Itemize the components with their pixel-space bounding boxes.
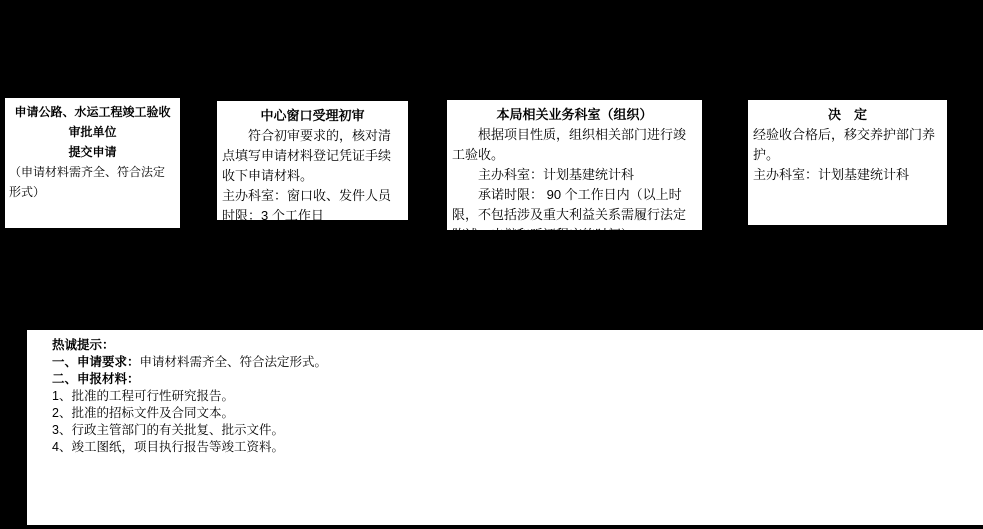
notice-text: 1、批准的工程可行性研究报告。 [52, 389, 234, 403]
notice-text: 申请材料需齐全、符合法定形式。 [140, 355, 328, 369]
box-paragraph: 根据项目性质，组织相关部门进行竣工验收。 [452, 125, 697, 165]
notice-line: 3、行政主管部门的有关批复、批示文件。 [52, 422, 973, 439]
box-paragraph: （申请材料需齐全、符合法定形式） [9, 162, 176, 202]
box-title: 申请公路、水运工程竣工验收 审批单位 提交申请 [9, 102, 176, 162]
box-title: 中心窗口受理初审 [222, 106, 403, 126]
notice-line: 1、批准的工程可行性研究报告。 [52, 388, 973, 405]
box-paragraph: 时限：3 个工作日 [222, 206, 403, 226]
flow-box-organize-acceptance: 本局相关业务科室（组织） 根据项目性质，组织相关部门进行竣工验收。 主办科室：计… [447, 100, 702, 230]
notice-heading: 一、申请要求： [52, 355, 140, 369]
box-title-line: 申请公路、水运工程竣工验收 [9, 102, 176, 122]
notice-box: 热诚提示： 一、申请要求：申请材料需齐全、符合法定形式。 二、申报材料： 1、批… [27, 330, 983, 525]
notice-line: 热诚提示： [52, 337, 973, 354]
notice-text: 3、行政主管部门的有关批复、批示文件。 [52, 423, 284, 437]
box-paragraph: 经验收合格后，移交养护部门养护。 [753, 125, 942, 165]
box-paragraph: 主办科室：窗口收、发件人员 [222, 186, 403, 206]
flow-box-initial-review: 中心窗口受理初审 符合初审要求的，核对清点填写申请材料登记凭证手续收下申请材料。… [217, 101, 408, 220]
box-title-line: 提交申请 [9, 142, 176, 162]
box-title: 本局相关业务科室（组织） [452, 105, 697, 125]
notice-text: 2、批准的招标文件及合同文本。 [52, 406, 234, 420]
box-title-line: 审批单位 [9, 122, 176, 142]
notice-line: 2、批准的招标文件及合同文本。 [52, 405, 973, 422]
flow-box-apply: 申请公路、水运工程竣工验收 审批单位 提交申请 （申请材料需齐全、符合法定形式） [5, 98, 180, 228]
notice-line: 4、竣工图纸，项目执行报告等竣工资料。 [52, 439, 973, 456]
box-paragraph: 承诺时限： 90 个工作日内（以上时限，不包括涉及重大利益关系需履行法定陈述、申… [452, 185, 697, 245]
box-paragraph: 符合初审要求的，核对清点填写申请材料登记凭证手续收下申请材料。 [222, 126, 403, 186]
flow-box-decision: 决 定 经验收合格后，移交养护部门养护。 主办科室：计划基建统计科 [748, 100, 947, 225]
notice-line: 二、申报材料： [52, 371, 973, 388]
flowchart-canvas: 申请公路、水运工程竣工验收 审批单位 提交申请 （申请材料需齐全、符合法定形式）… [0, 0, 983, 529]
notice-text: 4、竣工图纸，项目执行报告等竣工资料。 [52, 440, 284, 454]
box-paragraph: 主办科室：计划基建统计科 [753, 165, 942, 185]
box-paragraph: 主办科室：计划基建统计科 [452, 165, 697, 185]
box-title: 决 定 [753, 105, 942, 125]
notice-line: 一、申请要求：申请材料需齐全、符合法定形式。 [52, 354, 973, 371]
notice-heading: 热诚提示： [52, 338, 115, 352]
notice-heading: 二、申报材料： [52, 372, 140, 386]
